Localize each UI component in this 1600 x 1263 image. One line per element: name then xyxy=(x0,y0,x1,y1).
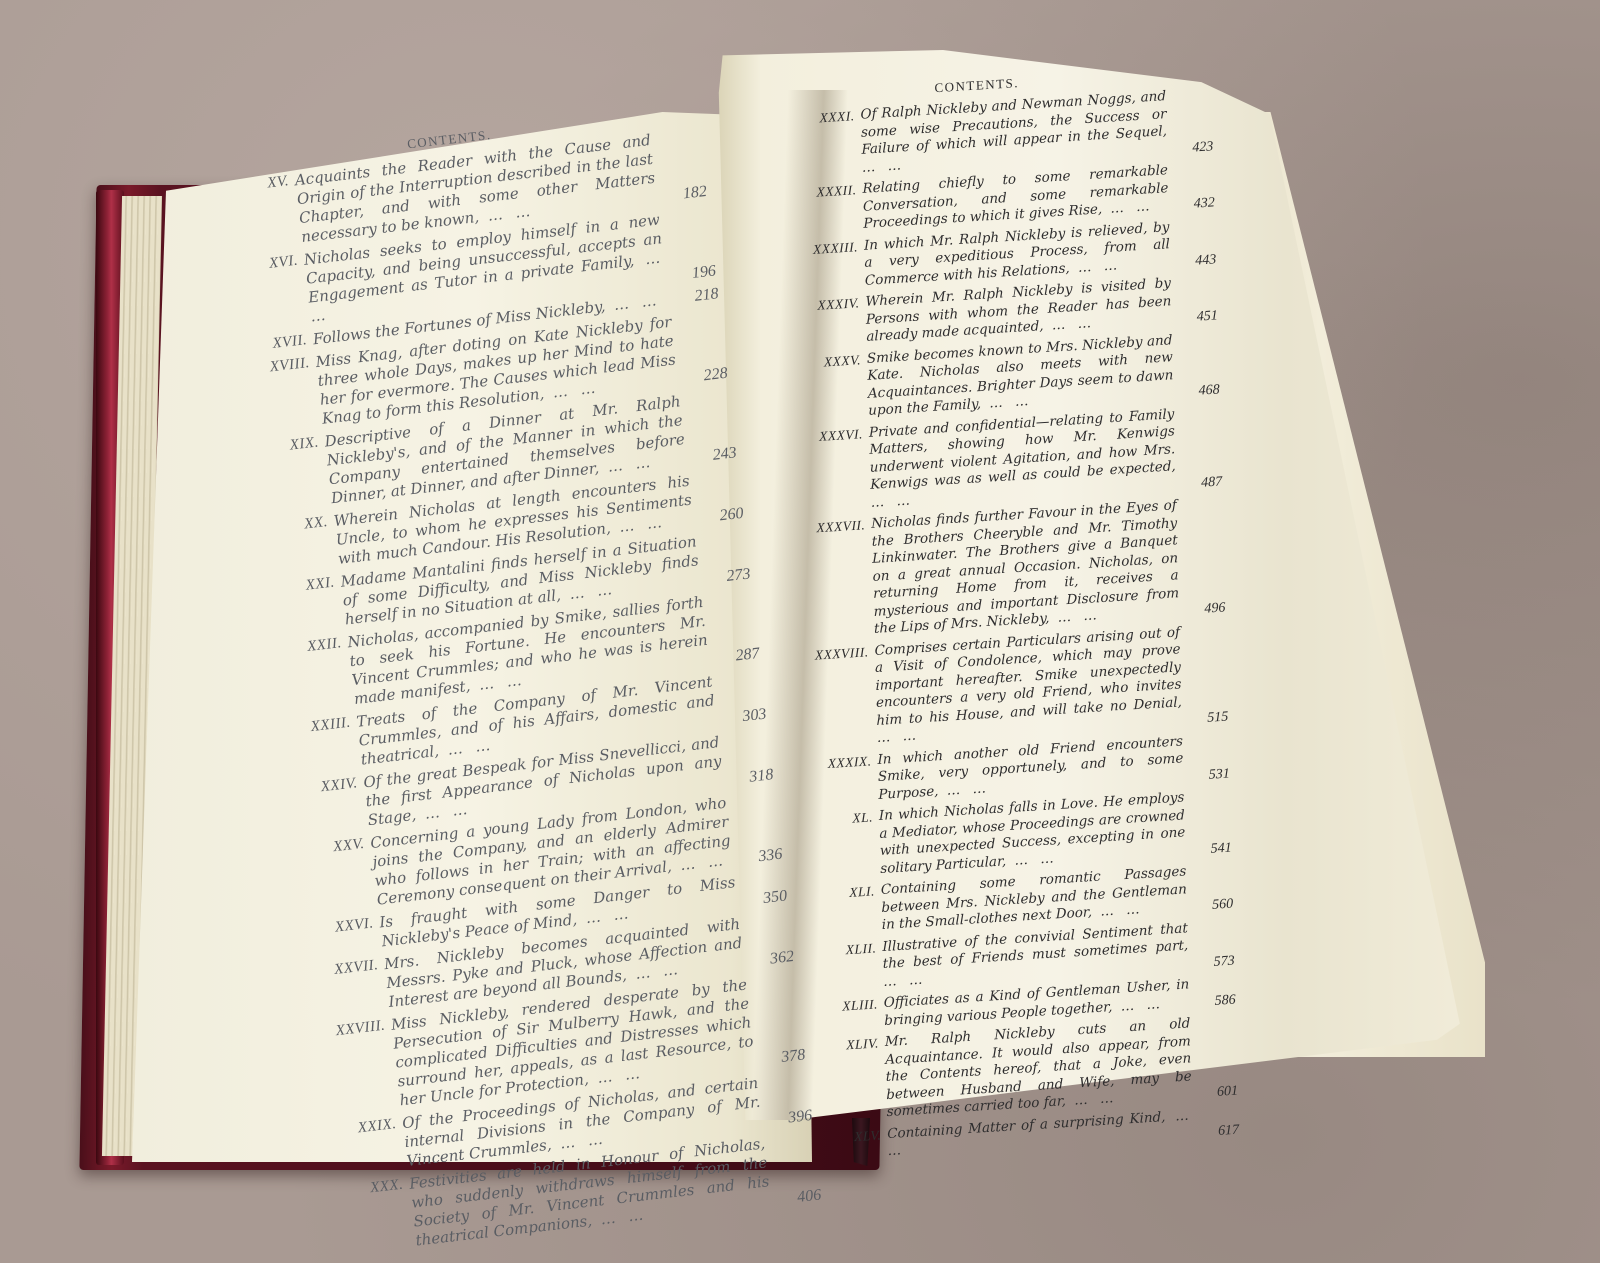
page-number: 531 xyxy=(1190,765,1230,785)
page-number: 228 xyxy=(683,364,729,388)
chapter-number: XIX. xyxy=(232,433,320,462)
contents-list: XXXI. Of Ralph Nickleby and Newman Noggs… xyxy=(743,85,1240,1167)
page-number: 487 xyxy=(1182,473,1222,493)
chapter-number: XLII. xyxy=(764,939,876,963)
chapter-number: XLIII. xyxy=(766,995,878,1019)
chapter-number: XVI. xyxy=(212,252,300,281)
page-number: 601 xyxy=(1198,1083,1238,1103)
dot-leader: … … xyxy=(598,453,655,477)
page-number: 432 xyxy=(1175,194,1215,214)
chapter-number: XXIV. xyxy=(271,774,359,803)
dot-leader: … … xyxy=(670,851,727,875)
chapter-number: XXIX. xyxy=(310,1115,398,1144)
dot-leader: … … xyxy=(1112,995,1164,1014)
chapter-title: Mr. Ralph Nickleby cuts an old Acquainta… xyxy=(885,1015,1193,1121)
dot-leader: … … xyxy=(560,580,617,604)
dot-leader: … … xyxy=(1043,315,1095,334)
contents-entry: XXXVII. Nicholas finds further Favour in… xyxy=(753,494,1225,645)
page-number: 573 xyxy=(1194,952,1234,972)
dot-leader: … … xyxy=(543,378,600,402)
right-page-contents: CONTENTS. XXXI. Of Ralph Nickleby and Ne… xyxy=(742,63,1239,1171)
page-number: 182 xyxy=(662,182,708,206)
page-number: 406 xyxy=(776,1185,822,1209)
chapter-number: XXVIII. xyxy=(299,1017,387,1046)
dot-leader: … … xyxy=(981,393,1033,412)
dot-leader: … … xyxy=(1069,257,1121,276)
chapter-number: XXVI. xyxy=(287,914,375,943)
dot-leader: … … xyxy=(469,671,526,695)
chapter-title: Smike becomes known to Mrs. Nickleby and… xyxy=(867,332,1174,421)
page-number: 515 xyxy=(1188,708,1228,728)
chapter-number: XXI. xyxy=(248,574,336,603)
page-number: 196 xyxy=(671,261,717,285)
chapter-number: XLI. xyxy=(763,882,875,906)
page-number: 423 xyxy=(1173,138,1213,158)
chapter-title: Private and confidential—relating to Fam… xyxy=(869,406,1177,512)
chapter-number: XXVII. xyxy=(292,956,380,985)
page-number: 468 xyxy=(1180,381,1220,401)
chapter-title: Nicholas finds further Favour in the Eye… xyxy=(871,497,1180,638)
chapter-number: XLIV. xyxy=(767,1034,879,1058)
page-number: 218 xyxy=(674,284,720,308)
chapter-number: XVIII. xyxy=(223,354,311,383)
dot-leader: … … xyxy=(576,904,633,928)
chapter-number: XXXVIII. xyxy=(757,643,869,667)
chapter-number: XXII. xyxy=(255,634,343,663)
dot-leader: … … xyxy=(591,1205,648,1229)
page-number: 496 xyxy=(1185,599,1225,619)
page-number: 560 xyxy=(1193,896,1233,916)
chapter-title: Of Ralph Nickleby and Newman Noggs, and … xyxy=(860,88,1167,177)
dot-leader: … … xyxy=(610,513,667,537)
page-number: 260 xyxy=(699,504,745,528)
page-number: 443 xyxy=(1176,251,1216,271)
chapter-number: XXXIX. xyxy=(759,752,871,776)
chapter-number: XLV. xyxy=(769,1126,881,1150)
dot-leader: … … xyxy=(883,971,927,990)
chapter-number: XXXIII. xyxy=(746,238,858,262)
dot-leader: … … xyxy=(438,736,495,760)
chapter-number: XXXI. xyxy=(743,107,855,131)
dot-leader: … … xyxy=(626,960,683,984)
page-number: 586 xyxy=(1195,991,1235,1011)
chapter-number: XXXVI. xyxy=(751,425,863,449)
dot-leader: … … xyxy=(415,800,472,824)
dot-leader: … … xyxy=(478,202,535,226)
page-number: 287 xyxy=(715,644,761,668)
dot-leader: … … xyxy=(588,1064,645,1088)
chapter-number: XXXII. xyxy=(745,181,857,205)
page-number: 451 xyxy=(1178,307,1218,327)
chapter-title: Comprises certain Particulars arising ou… xyxy=(874,624,1182,748)
dot-leader: … … xyxy=(871,492,915,511)
chapter-number: XXXV. xyxy=(749,351,861,375)
chapter-number: XXV. xyxy=(278,835,366,864)
chapter-title: In which Nicholas falls in Love. He empl… xyxy=(879,789,1186,878)
page-number: 273 xyxy=(706,564,752,588)
dot-leader: … … xyxy=(862,157,906,176)
chapter-number: XX. xyxy=(241,513,329,542)
dot-leader: … … xyxy=(1092,901,1144,920)
page-number: 243 xyxy=(692,443,738,467)
page-number: 541 xyxy=(1192,839,1232,859)
chapter-number: XL. xyxy=(761,808,873,832)
dot-leader: … … xyxy=(1006,850,1058,869)
dot-leader: … … xyxy=(1049,607,1101,626)
chapter-number: XXX. xyxy=(317,1176,405,1205)
chapter-number: XXXVII. xyxy=(753,516,865,540)
dot-leader: … … xyxy=(1066,1090,1118,1109)
dot-leader: … … xyxy=(877,727,921,746)
dot-leader: … … xyxy=(1102,198,1154,217)
dot-leader: … … xyxy=(550,1129,607,1153)
page-number: 617 xyxy=(1199,1122,1239,1142)
chapter-number: XXIII. xyxy=(264,714,352,743)
dot-leader: … … xyxy=(938,780,990,799)
chapter-number: XV. xyxy=(202,172,290,201)
dot-leader: … … xyxy=(604,291,661,315)
chapter-number: XXXIV. xyxy=(747,294,859,318)
